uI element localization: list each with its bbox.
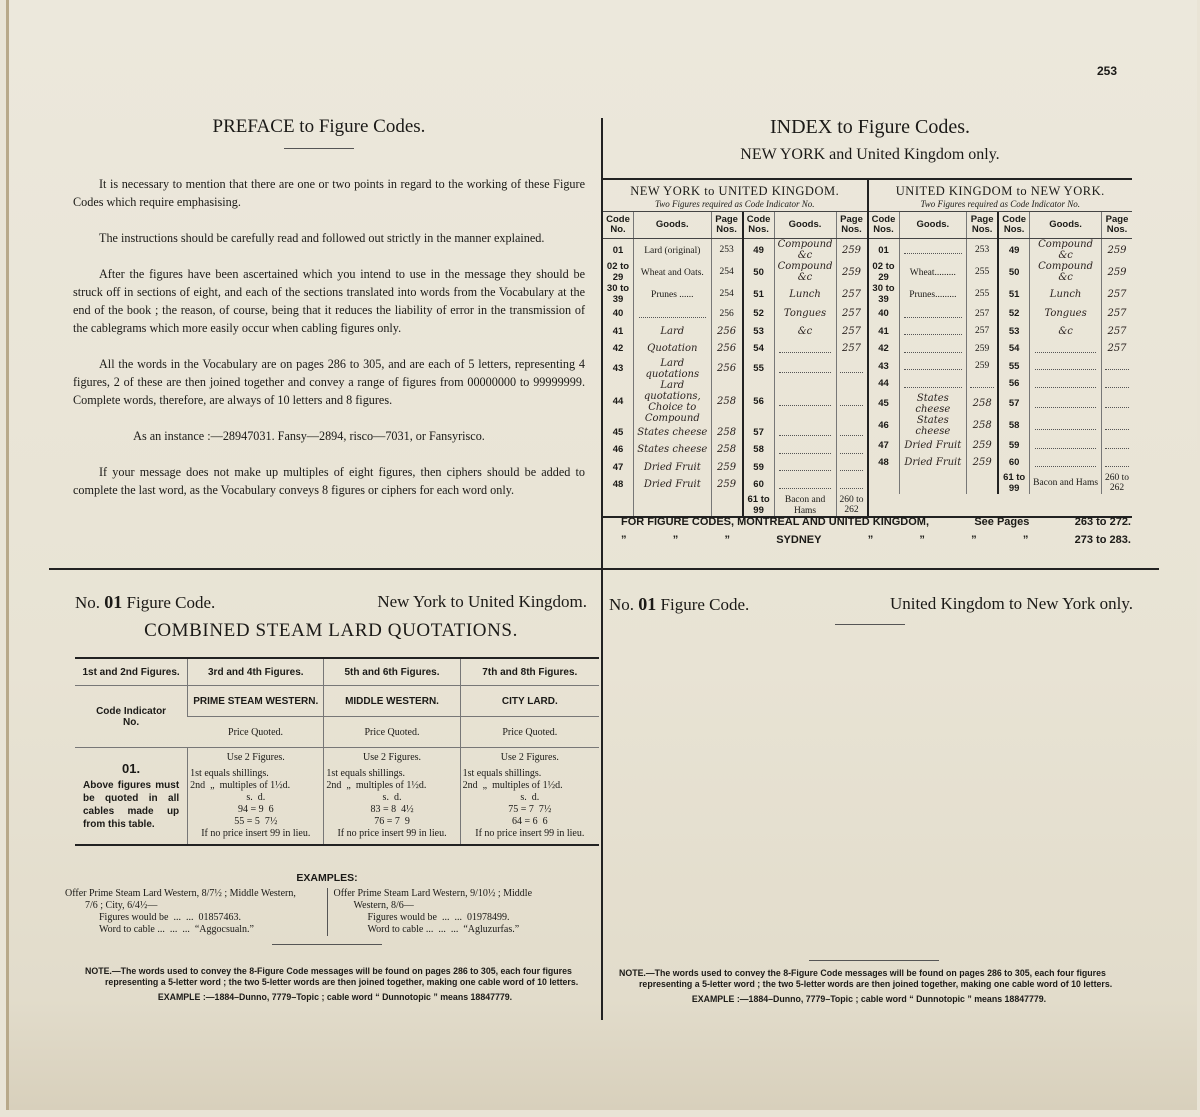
page-no: 258 (967, 415, 999, 437)
index-title: INDEX to Figure Codes. (607, 116, 1133, 139)
code-no: 46 (603, 441, 634, 459)
fc-route: New York to United Kingdom. (377, 592, 587, 613)
example-offer: Offer Prime Steam Lard Western, 9/10½ ; … (334, 888, 590, 900)
page-no: 259 (967, 454, 999, 472)
code-no: 43 (869, 358, 900, 376)
page-no: 259 (836, 261, 867, 283)
goods: States cheese (899, 415, 967, 437)
note-example: EXAMPLE :—1884–Dunno, 7779–Topic ; cable… (85, 992, 585, 1003)
goods: Lunch (774, 283, 836, 305)
page-no (1102, 358, 1133, 376)
code-no: 40 (603, 305, 634, 323)
goods-text: &c (1058, 326, 1073, 337)
col-goods: Goods. (899, 212, 967, 239)
page-no: 259 (711, 459, 743, 477)
note-text: NOTE.—The words used to convey the 8-Fig… (85, 966, 585, 988)
goods-text: Tongues (784, 308, 826, 319)
examples-section: EXAMPLES: Offer Prime Steam Lard Western… (59, 872, 595, 945)
page-no: 255 (967, 283, 999, 305)
note-right: NOTE.—The words used to convey the 8-Fig… (619, 968, 1119, 1005)
code-no: 58 (998, 415, 1030, 437)
index-section-subheading: Two Figures required as Code Indicator N… (869, 199, 1133, 209)
fc-no-prefix: No. (75, 593, 100, 612)
code-no: 30 to 39 (869, 283, 900, 305)
page-no (967, 375, 999, 393)
dotted-leader (779, 460, 831, 471)
goods-text: Prunes......... (909, 290, 956, 300)
goods (774, 358, 836, 380)
col-page: Page Nos. (836, 212, 867, 239)
page-no (836, 476, 867, 494)
code-no: 47 (869, 437, 900, 455)
col-page: Page Nos. (711, 212, 743, 239)
code-no: 54 (998, 340, 1030, 358)
code-no: 49 (998, 239, 1030, 262)
example-figures: Figures would be ... ... 01978499. (334, 912, 590, 924)
col-code: Code Nos. (869, 212, 900, 239)
goods-text: Bacon and Hams (785, 495, 825, 516)
fc-number: 01 (638, 594, 656, 614)
instruction-cell: Use 2 Figures. 1st equals shillings. 2nd… (460, 748, 599, 845)
index-subtitle: NEW YORK and United Kingdom only. (607, 146, 1133, 164)
page-no: 259 (967, 340, 999, 358)
page-no: 258 (711, 441, 743, 459)
index-uk-to-ny: UNITED KINGDOM to NEW YORK. Two Figures … (867, 180, 1133, 516)
page-no (1102, 415, 1133, 437)
use-figures: Use 2 Figures. (463, 752, 597, 764)
goods-text: States cheese (915, 415, 950, 437)
index-grid: Code No. Goods. Page Nos. Code Nos. Good… (603, 212, 867, 516)
page-no: 257 (836, 340, 867, 358)
dotted-leader (1105, 359, 1129, 370)
dotted-leader (904, 307, 962, 318)
goods (774, 340, 836, 358)
code-note: Above figures must be quoted in all cabl… (83, 780, 179, 830)
ditto-mark: ” (971, 534, 977, 546)
code-no: 01 (869, 239, 900, 262)
figure-code-heading-right: No. 01 Figure Code. United Kingdom to Ne… (609, 594, 1133, 615)
dotted-leader (1035, 419, 1096, 430)
page-no: 260 to 262 (1102, 472, 1133, 494)
dotted-leader (840, 395, 864, 406)
price-example: 94 = 9 6 (190, 804, 321, 816)
no-price-note: If no price insert 99 in lieu. (326, 828, 457, 840)
code-no: 50 (743, 261, 775, 283)
preface-paragraph: All the words in the Vocabulary are on p… (73, 355, 585, 409)
goods-text: Tongues (1044, 308, 1086, 319)
examples-title: EXAMPLES: (59, 872, 595, 884)
dotted-leader (1035, 377, 1096, 388)
goods: Compound &c (1030, 261, 1102, 283)
page-no (1102, 393, 1133, 415)
sydney-pages: 273 to 283. (1075, 534, 1131, 546)
goods: Dried Fruit (899, 454, 967, 472)
other-figure-codes: FOR FIGURE CODES, MONTREAL AND UNITED KI… (621, 516, 1131, 552)
code-no (869, 472, 900, 494)
dotted-leader (840, 425, 864, 436)
code-no: 54 (743, 340, 775, 358)
example-item: Offer Prime Steam Lard Western, 9/10½ ; … (327, 888, 596, 936)
price-quoted: Price Quoted. (324, 717, 460, 748)
index-row: 44Lard quotations, Choice to Compound258… (603, 380, 867, 424)
ditto-mark: ” (868, 534, 874, 546)
goods-text: Lunch (1050, 289, 1082, 300)
page-no: 259 (967, 358, 999, 376)
dotted-leader (904, 243, 962, 254)
goods-text: Dried Fruit (904, 457, 961, 468)
lard-header: 3rd and 4th Figures. (188, 659, 324, 686)
dotted-leader (904, 359, 962, 370)
index-table: NEW YORK to UNITED KINGDOM. Two Figures … (603, 178, 1132, 521)
goods (634, 494, 712, 516)
dotted-leader (779, 478, 831, 489)
goods-text: Compound &c (778, 261, 833, 283)
price-example: 83 = 8 4½ (326, 804, 457, 816)
page-no: 256 (711, 340, 743, 358)
ditto-mark: ” (1023, 534, 1029, 546)
goods: Dried Fruit (634, 476, 712, 494)
code-no: 53 (998, 323, 1030, 341)
index-grid: Code Nos. Goods. Page Nos. Code Nos. Goo… (869, 212, 1133, 494)
index-row: 46States cheese25858 (603, 441, 867, 459)
price-example: 76 = 7 9 (326, 816, 457, 828)
ditto-mark: ” (724, 534, 730, 546)
instruction-cell: Use 2 Figures. 1st equals shillings. 2nd… (188, 748, 324, 845)
instr-line: 1st equals shillings. (326, 768, 457, 780)
page-no: 256 (711, 323, 743, 341)
goods: Wheat......... (899, 261, 967, 283)
page-no: 257 (967, 305, 999, 323)
page-no (711, 494, 743, 516)
index-row: 47Dried Fruit25959 (869, 437, 1133, 455)
instr-line: 1st equals shillings. (190, 768, 321, 780)
page-no: 259 (836, 239, 867, 262)
code-no: 55 (998, 358, 1030, 376)
product-prime-steam: PRIME STEAM WESTERN. (188, 686, 324, 717)
goods (774, 424, 836, 442)
goods (1030, 437, 1102, 455)
goods-text: States cheese (637, 444, 707, 455)
price-example: 64 = 6 6 (463, 816, 597, 828)
page-no: 257 (836, 283, 867, 305)
dotted-leader (1105, 397, 1129, 408)
goods-text: Dried Fruit (644, 479, 701, 490)
code-no: 48 (869, 454, 900, 472)
goods-text: Prunes ...... (651, 290, 694, 300)
dotted-leader (779, 425, 831, 436)
dotted-leader (1035, 456, 1096, 467)
index-row: 41Lard25653&c257 (603, 323, 867, 341)
dotted-leader (840, 460, 864, 471)
code-no: 52 (743, 305, 775, 323)
goods: Bacon and Hams (1030, 472, 1102, 494)
page-no: 259 (711, 476, 743, 494)
use-figures: Use 2 Figures. (190, 752, 321, 764)
index-section-heading: UNITED KINGDOM to NEW YORK. (869, 184, 1133, 199)
page-no: 259 (1102, 239, 1133, 262)
goods: Compound &c (1030, 239, 1102, 262)
dotted-leader (1105, 438, 1129, 449)
index-row: 42Quotation25654257 (603, 340, 867, 358)
code-cell: 01. Above figures must be quoted in all … (75, 748, 188, 845)
goods: Tongues (1030, 305, 1102, 323)
see-pages: See Pages (974, 516, 1029, 528)
example-offer: Offer Prime Steam Lard Western, 8/7½ ; M… (65, 888, 321, 900)
index-row: 45States cheese25857 (869, 393, 1133, 415)
page-no: 257 (1102, 340, 1133, 358)
page-no (1102, 375, 1133, 393)
use-figures: Use 2 Figures. (326, 752, 457, 764)
dotted-leader (904, 324, 962, 335)
page-no: 254 (711, 261, 743, 283)
dotted-leader (840, 478, 864, 489)
code-no: 50 (998, 261, 1030, 283)
goods (1030, 393, 1102, 415)
product-middle-western: MIDDLE WESTERN. (324, 686, 460, 717)
code-no: 45 (869, 393, 900, 415)
montreal-pages: 263 to 272. (1075, 516, 1131, 528)
dotted-leader (1035, 342, 1096, 353)
fc-no-prefix: No. (609, 595, 634, 614)
goods: Lunch (1030, 283, 1102, 305)
index-row: 02 to 29Wheat.........25550Compound &c25… (869, 261, 1133, 283)
goods: States cheese (634, 424, 712, 442)
sd-label: s. d. (190, 792, 321, 804)
col-code: Code Nos. (998, 212, 1030, 239)
goods (899, 375, 967, 393)
goods: Quotation (634, 340, 712, 358)
index-row: 47Dried Fruit25959 (603, 459, 867, 477)
code-no: 30 to 39 (603, 283, 634, 305)
goods (774, 441, 836, 459)
page-no: 259 (1102, 261, 1133, 283)
index-row: 0125349Compound &c259 (869, 239, 1133, 262)
ditto-mark: ” (673, 534, 679, 546)
example-offer: Western, 8/6— (334, 900, 590, 912)
index-row: 30 to 39Prunes ......25451Lunch257 (603, 283, 867, 305)
ditto-mark: ” (919, 534, 925, 546)
goods-text: States cheese (915, 393, 950, 415)
code-no: 42 (869, 340, 900, 358)
page-no: 254 (711, 283, 743, 305)
note-left: NOTE.—The words used to convey the 8-Fig… (85, 966, 585, 1003)
sydney-ref: SYDNEY (776, 534, 821, 546)
index-row: 02 to 29Wheat and Oats.25450Compound &c2… (603, 261, 867, 283)
dotted-leader (904, 342, 962, 353)
page-no: 256 (711, 305, 743, 323)
index-row: 61 to 99Bacon and Hams260 to 262 (603, 494, 867, 516)
examples-rule (272, 944, 382, 945)
page-no (967, 472, 999, 494)
col-goods: Goods. (634, 212, 712, 239)
dotted-leader (1105, 456, 1129, 467)
figure-code-heading-left: No. 01 Figure Code. New York to United K… (75, 592, 587, 613)
col-page: Page Nos. (1102, 212, 1133, 239)
code-no: 57 (998, 393, 1030, 415)
goods (1030, 358, 1102, 376)
preface-instance: As an instance :—28947031. Fansy—2894, r… (73, 427, 585, 445)
index-row: 48Dried Fruit25960 (603, 476, 867, 494)
dotted-leader (779, 362, 831, 373)
preface-title: PREFACE to Figure Codes. (69, 116, 569, 149)
page-number: 253 (1097, 64, 1117, 78)
preface-body: It is necessary to mention that there ar… (73, 175, 585, 517)
code-no: 02 to 29 (869, 261, 900, 283)
code-indicator-label: Code Indicator No. (75, 686, 188, 748)
index-row: 4325955 (869, 358, 1133, 376)
page-no: 259 (967, 437, 999, 455)
page-no (1102, 437, 1133, 455)
goods-text: Quotation (647, 343, 697, 354)
goods-text: Wheat and Oats. (641, 268, 704, 278)
goods: Dried Fruit (899, 437, 967, 455)
goods (1030, 454, 1102, 472)
code-no: 61 to 99 (743, 494, 775, 516)
code-no: 56 (998, 375, 1030, 393)
page-no (836, 459, 867, 477)
dotted-leader (1035, 359, 1096, 370)
code-value: 01. (83, 762, 179, 775)
example-word: Word to cable ... ... ... “Agluzurfas.” (334, 924, 590, 936)
dotted-leader (1035, 397, 1096, 408)
index-row: 4025752Tongues257 (869, 305, 1133, 323)
combined-title: COMBINED STEAM LARD QUOTATIONS. (75, 620, 587, 642)
code-no (603, 494, 634, 516)
goods-text: Bacon and Hams (1033, 478, 1098, 488)
dotted-leader (639, 307, 706, 318)
page-no: 257 (967, 323, 999, 341)
goods-text: Lard (660, 326, 684, 337)
goods: Dried Fruit (634, 459, 712, 477)
goods (1030, 375, 1102, 393)
code-no: 56 (743, 380, 775, 424)
code-no: 51 (743, 283, 775, 305)
code-no: 61 to 99 (998, 472, 1030, 494)
page-no: 257 (836, 323, 867, 341)
index-row: 45States cheese25857 (603, 424, 867, 442)
fc-label: Figure Code. (127, 593, 216, 612)
note-text: NOTE.—The words used to convey the 8-Fig… (619, 968, 1119, 990)
code-no: 55 (743, 358, 775, 380)
page-no: 255 (967, 261, 999, 283)
goods-text: Lard quotations (645, 358, 699, 380)
page-no: 253 (711, 239, 743, 262)
index-row: 4125753&c257 (869, 323, 1133, 341)
goods-text: States cheese (637, 427, 707, 438)
code-no: 41 (869, 323, 900, 341)
dotted-leader (1035, 438, 1096, 449)
goods-text: Lard (original) (644, 246, 700, 256)
document-page: 253 PREFACE to Figure Codes. It is neces… (6, 0, 1197, 1110)
goods (899, 323, 967, 341)
no-price-note: If no price insert 99 in lieu. (190, 828, 321, 840)
goods: Prunes ...... (634, 283, 712, 305)
index-ny-to-uk: NEW YORK to UNITED KINGDOM. Two Figures … (603, 180, 867, 516)
goods-text: Dried Fruit (644, 462, 701, 473)
goods: Lard (634, 323, 712, 341)
price-quoted: Price Quoted. (460, 717, 599, 748)
code-no: 52 (998, 305, 1030, 323)
goods: Lard quotations, Choice to Compound (634, 380, 712, 424)
code-no: 48 (603, 476, 634, 494)
dotted-leader (840, 362, 864, 373)
code-no: 60 (998, 454, 1030, 472)
goods (774, 380, 836, 424)
goods-text: Compound &c (1038, 239, 1093, 261)
goods-text: Wheat......... (910, 268, 956, 278)
fc-label: Figure Code. (661, 595, 750, 614)
goods (899, 472, 967, 494)
index-row: 4025652Tongues257 (603, 305, 867, 323)
col-goods: Goods. (1030, 212, 1102, 239)
dotted-leader (779, 443, 831, 454)
code-no: 44 (869, 375, 900, 393)
code-no: 58 (743, 441, 775, 459)
code-no: 40 (869, 305, 900, 323)
goods (899, 358, 967, 376)
fc-route: United Kingdom to New York only. (890, 594, 1133, 615)
goods (774, 459, 836, 477)
index-section-subheading: Two Figures required as Code Indicator N… (603, 199, 867, 209)
index-row: 48Dried Fruit25960 (869, 454, 1133, 472)
example-word: Word to cable ... ... ... “Aggocsualn.” (65, 924, 321, 936)
price-quoted: Price Quoted. (188, 717, 324, 748)
col-goods: Goods. (774, 212, 836, 239)
goods-text: Lard quotations, Choice to Compound (644, 380, 701, 424)
page-no: 258 (711, 424, 743, 442)
dotted-leader (904, 377, 962, 388)
dotted-leader (840, 443, 864, 454)
goods: &c (1030, 323, 1102, 341)
page-no: 253 (967, 239, 999, 262)
page-no (836, 424, 867, 442)
page-no: 260 to 262 (836, 494, 867, 516)
lard-header: 1st and 2nd Figures. (75, 659, 188, 686)
index-row: 46States cheese25858 (869, 415, 1133, 437)
code-no: 01 (603, 239, 634, 262)
price-example: 55 = 5 7½ (190, 816, 321, 828)
page-no: 257 (1102, 283, 1133, 305)
col-code: Code No. (603, 212, 634, 239)
col-code: Code Nos. (743, 212, 775, 239)
goods (1030, 340, 1102, 358)
page-no: 258 (967, 393, 999, 415)
example-figures: Figures would be ... ... 01857463. (65, 912, 321, 924)
goods: Lard (original) (634, 239, 712, 262)
code-no: 49 (743, 239, 775, 262)
goods: Wheat and Oats. (634, 261, 712, 283)
no-price-note: If no price insert 99 in lieu. (463, 828, 597, 840)
code-no: 53 (743, 323, 775, 341)
title-rule (284, 148, 354, 149)
goods (899, 305, 967, 323)
preface-paragraph: The instructions should be carefully rea… (73, 229, 585, 247)
instr-line: 2nd „ multiples of 1½d. (326, 780, 457, 792)
price-example: 75 = 7 7½ (463, 804, 597, 816)
note-rule (809, 960, 939, 961)
example-item: Offer Prime Steam Lard Western, 8/7½ ; M… (59, 888, 327, 936)
goods: Lard quotations (634, 358, 712, 380)
lard-header: 5th and 6th Figures. (324, 659, 460, 686)
sd-label: s. d. (463, 792, 597, 804)
code-no: 59 (998, 437, 1030, 455)
dotted-leader (779, 342, 831, 353)
code-no: 46 (869, 415, 900, 437)
ditto-mark: ” (621, 534, 627, 546)
dotted-leader (779, 395, 831, 406)
dotted-leader (1105, 419, 1129, 430)
sd-label: s. d. (326, 792, 457, 804)
